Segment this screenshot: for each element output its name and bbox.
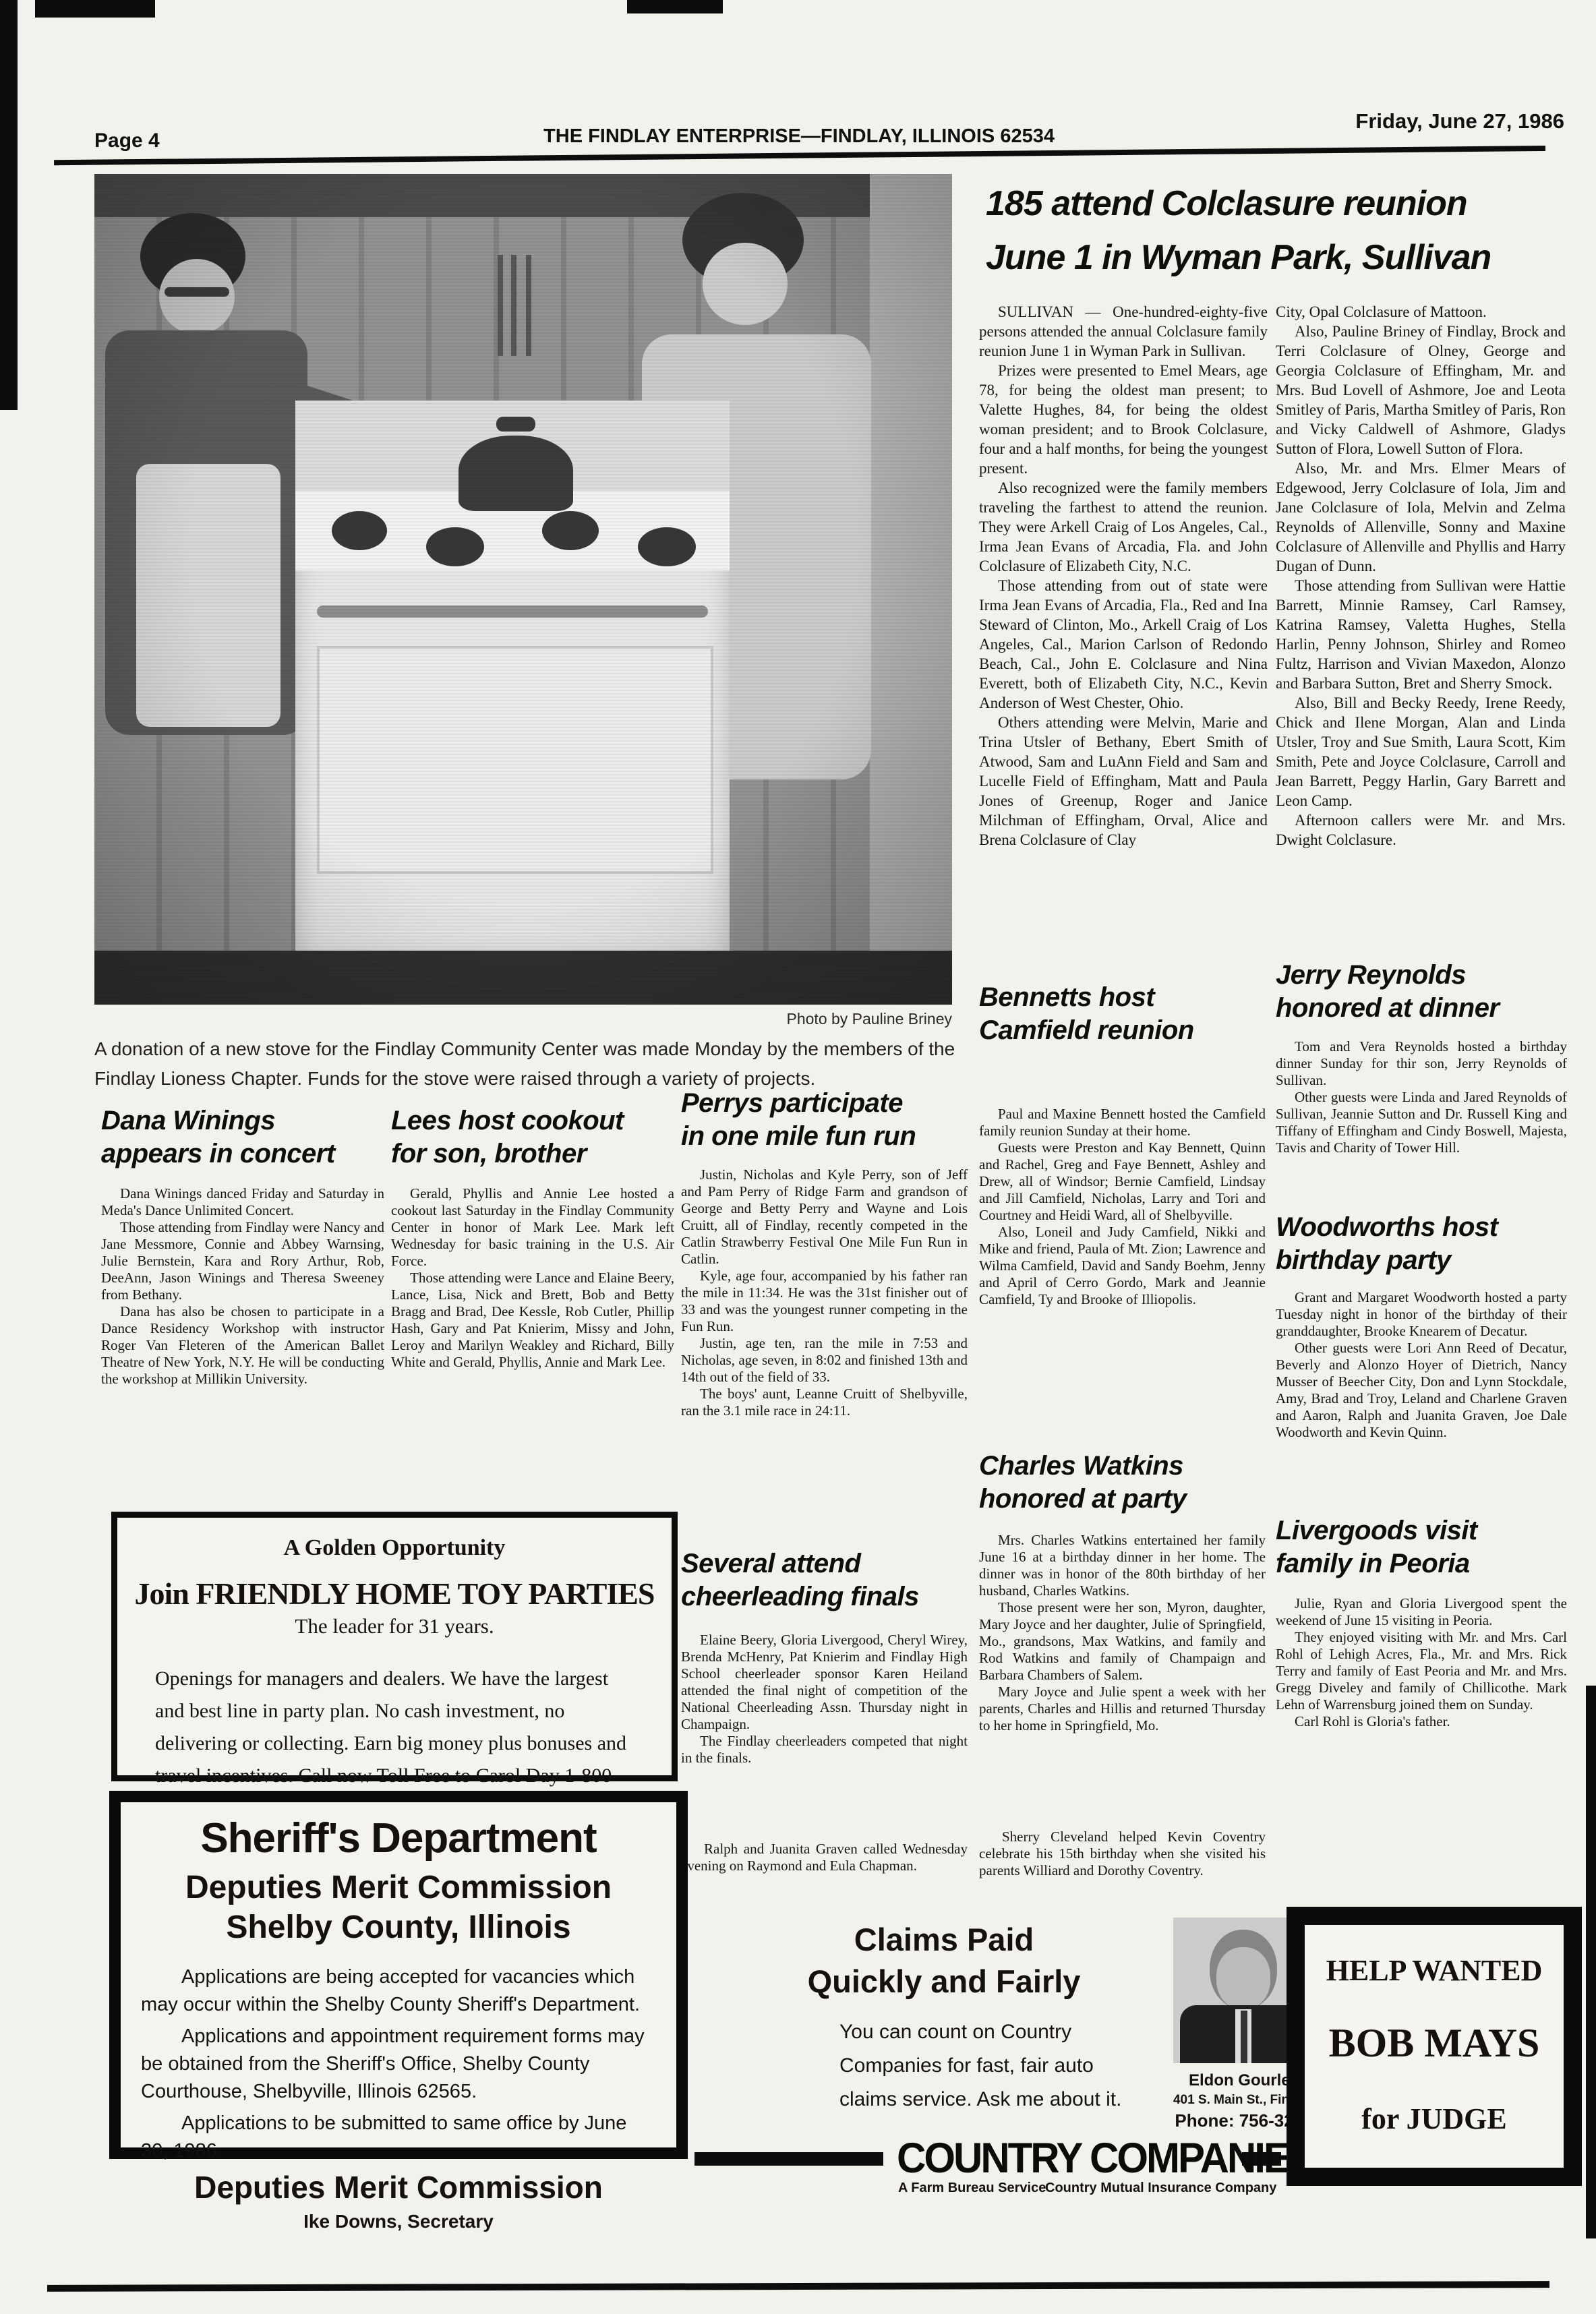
article-livergoods-headline: Livergoods visit family in Peoria — [1276, 1514, 1572, 1580]
country-body: You can count on CountryCompanies for fa… — [839, 2020, 1136, 2121]
paragraph: Guests were Preston and Kay Bennett, Qui… — [979, 1139, 1266, 1224]
paragraph: Grant and Margaret Woodworth hosted a pa… — [1276, 1289, 1567, 1340]
article-cheerleading-headline-line-2: cheerleading finals — [681, 1580, 971, 1613]
article-dana-body: Dana Winings danced Friday and Saturday … — [101, 1185, 384, 1388]
photo-caption: A donation of a new stove for the Findla… — [94, 1034, 971, 1094]
paragraph: Also, Loneil and Judy Camfield, Nikki an… — [979, 1224, 1266, 1308]
paragraph: Tom and Vera Reynolds hosted a birthday … — [1276, 1038, 1567, 1089]
paragraph: You can count on Country — [839, 2020, 1136, 2044]
article-watkins-headline-line-1: Charles Watkins — [979, 1450, 1269, 1483]
toy-parties-title: A Golden Opportunity — [117, 1535, 672, 1561]
paragraph: They enjoyed visiting with Mr. and Mrs. … — [1276, 1629, 1567, 1713]
article-livergoods-headline-line-2: family in Peoria — [1276, 1547, 1572, 1580]
photo-left-figure-arm — [260, 374, 414, 458]
paragraph: Also, Bill and Becky Reedy, Irene Reedy,… — [1276, 693, 1566, 810]
paragraph: Mary Joyce and Julie spent a week with h… — [979, 1684, 1266, 1734]
toy-parties-ad: A Golden Opportunity Join FRIENDLY HOME … — [111, 1512, 678, 1781]
sheriff-ad: Sheriff's Department Deputies Merit Comm… — [109, 1791, 688, 2159]
paragraph: Applications are being accepted for vaca… — [141, 1963, 656, 2019]
photo-stove-cooktop — [295, 491, 730, 570]
paragraph: Also, Mr. and Mrs. Elmer Mears of Edgewo… — [1276, 458, 1566, 576]
photo-left-figure-glasses — [165, 287, 229, 297]
photo-left-figure-apron — [136, 464, 280, 727]
header-date: Friday, June 27, 1986 — [1247, 109, 1564, 133]
photo-left-figure-face — [159, 259, 235, 334]
article-woodworths-body: Grant and Margaret Woodworth hosted a pa… — [1276, 1289, 1567, 1441]
agent-portrait-face — [1216, 1947, 1270, 2009]
article-watkins-body: Mrs. Charles Watkins entertained her fam… — [979, 1532, 1266, 1734]
paragraph: Elaine Beery, Gloria Livergood, Cheryl W… — [681, 1632, 968, 1733]
country-headline-line-1: Claims Paid — [775, 1919, 1113, 1961]
country-logo: COUNTRY COMPANIES. — [897, 2133, 1323, 2182]
article-bennetts-headline: Bennetts host Camfield reunion — [979, 981, 1269, 1047]
graven-note: Ralph and Juanita Graven called Wednesda… — [681, 1841, 968, 1874]
bob-mays-line-1: HELP WANTED — [1305, 1953, 1564, 1988]
scan-edge-artifact-right — [1586, 1686, 1596, 2238]
article-lees-body: Gerald, Phyllis and Annie Lee hosted a c… — [391, 1185, 674, 1371]
photo-burner-4 — [638, 527, 696, 566]
paragraph: Justin, age ten, ran the mile in 7:53 an… — [681, 1335, 968, 1386]
scan-smudge-top-left — [35, 0, 155, 18]
article-perrys-headline: Perrys participate in one mile fun run — [681, 1087, 971, 1153]
photo-utensil-rack — [498, 255, 545, 356]
photo-left-figure-body — [105, 330, 307, 735]
photo-credit: Photo by Pauline Briney — [674, 1010, 952, 1028]
article-dana-headline-line-1: Dana Winings — [101, 1104, 384, 1137]
paragraph: Mrs. Charles Watkins entertained her fam… — [979, 1532, 1266, 1599]
article-reynolds-headline-line-2: honored at dinner — [1276, 992, 1572, 1025]
photo-kettle-handle — [496, 417, 535, 432]
paragraph: Kyle, age four, accompanied by his fathe… — [681, 1268, 968, 1335]
scan-smudge-top-center — [627, 0, 723, 13]
article-bennetts-headline-line-2: Camfield reunion — [979, 1014, 1269, 1047]
sheriff-subtitle-2: Shelby County, Illinois — [121, 1909, 676, 1946]
paragraph: Those attending from Sullivan were Hatti… — [1276, 576, 1566, 693]
photo-right-figure-arm — [564, 398, 723, 474]
photo-floor — [94, 951, 952, 1005]
article-lees-headline-line-1: Lees host cookout — [391, 1104, 674, 1137]
article-woodworths-headline-line-2: birthday party — [1276, 1244, 1572, 1277]
paragraph: Paul and Maxine Bennett hosted the Camfi… — [979, 1106, 1266, 1139]
paragraph: Carl Rohl is Gloria's father. — [1276, 1713, 1567, 1730]
lead-column-1: SULLIVAN — One-hundred-eighty-five perso… — [979, 302, 1268, 850]
photo-stove — [295, 491, 730, 963]
article-woodworths-headline: Woodworths host birthday party — [1276, 1211, 1572, 1277]
article-reynolds-body: Tom and Vera Reynolds hosted a birthday … — [1276, 1038, 1567, 1156]
country-companies-ad: Claims Paid Quickly and Fairly You can c… — [694, 1912, 1281, 2198]
sheriff-subtitle-1: Deputies Merit Commission — [121, 1869, 676, 1906]
lead-column-2: City, Opal Colclasure of Mattoon.Also, P… — [1276, 302, 1566, 850]
photo-kettle — [459, 436, 573, 511]
paragraph: Afternoon callers were Mr. and Mrs. Dwig… — [1276, 810, 1566, 850]
article-dana-headline: Dana Winings appears in concert — [101, 1104, 384, 1170]
paragraph: Companies for fast, fair auto — [839, 2054, 1136, 2078]
article-reynolds-headline: Jerry Reynolds honored at dinner — [1276, 959, 1572, 1025]
paragraph: claims service. Ask me about it. — [839, 2087, 1136, 2112]
sheriff-footer-title: Deputies Merit Commission — [121, 2169, 676, 2205]
header-masthead: THE FINDLAY ENTERPRISE—FINDLAY, ILLINOIS… — [337, 125, 1261, 148]
bob-mays-line-3: for JUDGE — [1305, 2102, 1564, 2136]
article-bennetts-headline-line-1: Bennetts host — [979, 981, 1269, 1014]
article-cheerleading-body: Elaine Beery, Gloria Livergood, Cheryl W… — [681, 1632, 968, 1767]
photo-right-figure-body — [642, 334, 871, 779]
paragraph: Sherry Cleveland helped Kevin Coventry c… — [979, 1829, 1266, 1879]
article-cheerleading-headline: Several attend cheerleading finals — [681, 1547, 971, 1613]
paragraph: Those attending from Findlay were Nancy … — [101, 1219, 384, 1303]
newspaper-page: Page 4 THE FINDLAY ENTERPRISE—FINDLAY, I… — [0, 0, 1596, 2314]
photo-right-panel — [870, 174, 952, 1005]
lead-headline-line-1: 185 attend Colclasure reunion — [986, 177, 1593, 231]
bob-mays-line-2: BOB MAYS — [1305, 2020, 1564, 2067]
article-bennetts-body: Paul and Maxine Bennett hosted the Camfi… — [979, 1106, 1266, 1308]
article-perrys-headline-line-2: in one mile fun run — [681, 1120, 971, 1153]
paragraph: Those attending from out of state were I… — [979, 576, 1268, 713]
article-livergoods-body: Julie, Ryan and Gloria Livergood spent t… — [1276, 1595, 1567, 1730]
article-lees-headline-line-2: for son, brother — [391, 1137, 674, 1170]
article-livergoods-headline-line-1: Livergoods visit — [1276, 1514, 1572, 1547]
lead-headline: 185 attend Colclasure reunion June 1 in … — [986, 177, 1593, 285]
article-perrys-headline-line-1: Perrys participate — [681, 1087, 971, 1120]
cleveland-note: Sherry Cleveland helped Kevin Coventry c… — [979, 1829, 1266, 1879]
photo-oven-handle — [317, 605, 708, 618]
country-logo-rule-left — [694, 2152, 883, 2166]
photo-left-figure-hair — [140, 213, 245, 299]
photo-right-figure-hair — [682, 193, 804, 287]
paragraph: Applications to be submitted to same off… — [141, 2110, 656, 2165]
paragraph: Dana has also be chosen to participate i… — [101, 1303, 384, 1388]
community-center-stove-photo — [94, 174, 952, 1005]
paragraph: Those present were her son, Myron, daugh… — [979, 1599, 1266, 1684]
article-perrys-body: Justin, Nicholas and Kyle Perry, son of … — [681, 1166, 968, 1419]
country-headline: Claims Paid Quickly and Fairly — [775, 1919, 1113, 2002]
paragraph: Ralph and Juanita Graven called Wednesda… — [681, 1841, 968, 1874]
paragraph: SULLIVAN — One-hundred-eighty-five perso… — [979, 302, 1268, 361]
agent-portrait-tie — [1241, 2011, 1247, 2063]
paragraph: Gerald, Phyllis and Annie Lee hosted a c… — [391, 1185, 674, 1270]
sheriff-body: Applications are being accepted for vaca… — [141, 1963, 656, 2165]
photo-burner-1 — [332, 511, 387, 550]
paragraph: Justin, Nicholas and Kyle Perry, son of … — [681, 1166, 968, 1268]
paragraph: Those attending were Lance and Elaine Be… — [391, 1270, 674, 1371]
paragraph: Applications and appointment requirement… — [141, 2023, 656, 2106]
paragraph: Prizes were presented to Emel Mears, age… — [979, 361, 1268, 478]
paragraph: The boys' aunt, Leanne Cruitt of Shelbyv… — [681, 1386, 968, 1419]
paragraph: Also, Pauline Briney of Findlay, Brock a… — [1276, 322, 1566, 458]
paragraph: Others attending were Melvin, Marie and … — [979, 713, 1268, 850]
paragraph: Other guests were Linda and Jared Reynol… — [1276, 1089, 1567, 1156]
article-lees-headline: Lees host cookout for son, brother — [391, 1104, 674, 1170]
article-watkins-headline: Charles Watkins honored at party — [979, 1450, 1269, 1516]
country-tagline-left: A Farm Bureau Service — [898, 2180, 1046, 2196]
sheriff-title: Sheriff's Department — [121, 1814, 676, 1862]
paragraph: Also recognized were the family members … — [979, 478, 1268, 576]
toy-parties-leader-line: The leader for 31 years. — [117, 1614, 672, 1638]
paragraph: Dana Winings danced Friday and Saturday … — [101, 1185, 384, 1219]
photo-shelf-shadow — [94, 174, 952, 217]
scan-bottom-rule — [47, 2281, 1549, 2292]
article-watkins-headline-line-2: honored at party — [979, 1483, 1269, 1516]
article-cheerleading-headline-line-1: Several attend — [681, 1547, 971, 1580]
photo-wood-wall — [94, 174, 952, 1005]
paragraph: Other guests were Lori Ann Reed of Decat… — [1276, 1340, 1567, 1441]
article-dana-headline-line-2: appears in concert — [101, 1137, 384, 1170]
header-rule — [54, 146, 1545, 165]
photo-burner-2 — [426, 527, 484, 566]
photo-oven-door — [317, 646, 713, 874]
bob-mays-ad: HELP WANTED BOB MAYS for JUDGE — [1287, 1907, 1582, 2186]
photo-right-figure-face — [703, 243, 788, 325]
scan-edge-artifact-left — [0, 0, 18, 410]
country-tagline-right: Country Mutual Insurance Company — [1045, 2180, 1276, 2196]
lead-headline-line-2: June 1 in Wyman Park, Sullivan — [986, 231, 1593, 285]
paragraph: City, Opal Colclasure of Mattoon. — [1276, 302, 1566, 322]
toy-parties-join-line: Join FRIENDLY HOME TOY PARTIES — [117, 1576, 672, 1611]
paragraph: The Findlay cheerleaders competed that n… — [681, 1733, 968, 1767]
article-woodworths-headline-line-1: Woodworths host — [1276, 1211, 1572, 1244]
header-page-number: Page 4 — [94, 129, 160, 152]
country-headline-line-2: Quickly and Fairly — [775, 1961, 1113, 2002]
photo-burner-3 — [542, 511, 599, 550]
paragraph: Julie, Ryan and Gloria Livergood spent t… — [1276, 1595, 1567, 1629]
sheriff-footer-name: Ike Downs, Secretary — [121, 2211, 676, 2232]
photo-stove-backsplash — [295, 400, 730, 495]
article-reynolds-headline-line-1: Jerry Reynolds — [1276, 959, 1572, 992]
